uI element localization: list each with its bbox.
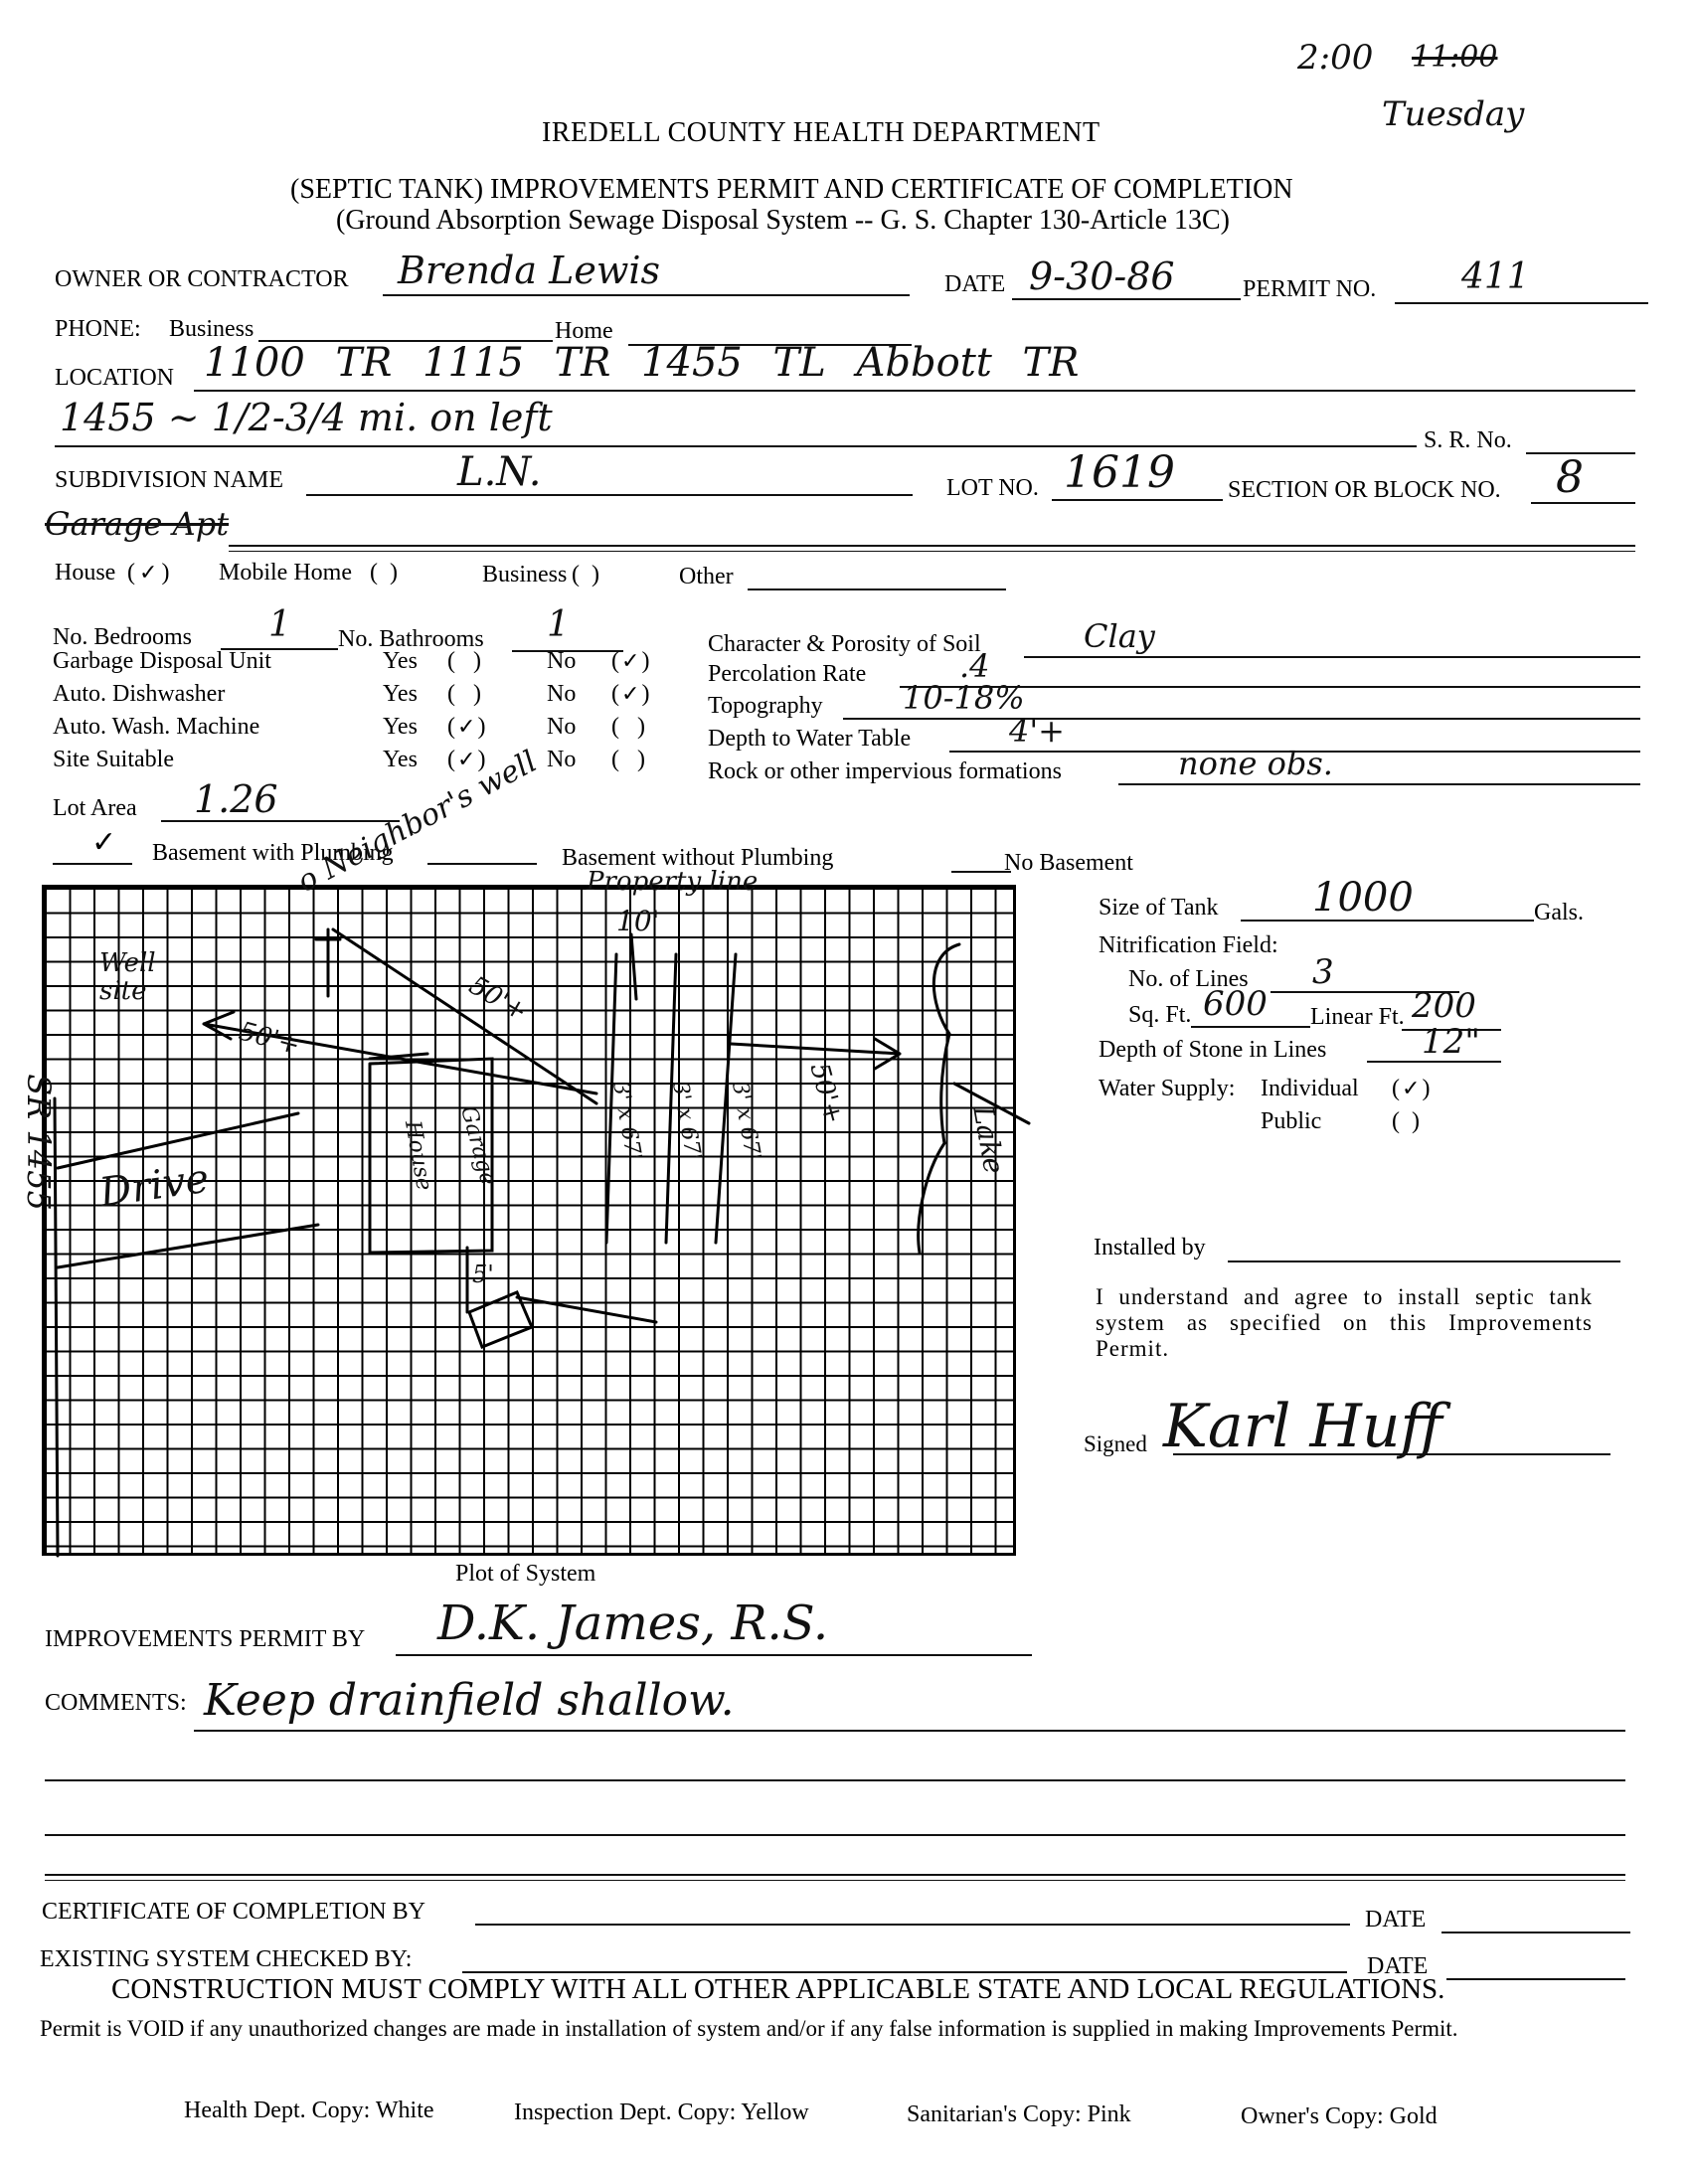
permit-label: PERMIT NO. [1243,276,1376,303]
plot-dist-10: 10' [616,905,659,937]
feature-no-label: No [547,681,576,708]
void-statement: Permit is VOID if any unauthorized chang… [40,2016,1531,2041]
permit-by-label: IMPROVEMENTS PERMIT BY [45,1626,365,1653]
feature-label: Auto. Dishwasher [53,681,225,708]
feature-yes-checkbox[interactable]: (✓) [447,714,485,741]
lot-area-field[interactable]: 1.26 [194,777,278,821]
linear-ft-field[interactable]: 200 [1412,986,1476,1026]
stone-depth-label: Depth of Stone in Lines [1099,1037,1326,1064]
feature-yes-checkbox[interactable]: ( ) [447,648,481,675]
installed-by-label: Installed by [1094,1235,1206,1261]
basement-with-check[interactable]: ✓ [91,825,116,860]
plot-property-line: Property line [587,867,758,897]
plot-well-site: Well site [99,949,179,1005]
copy-health-dept: Health Dept. Copy: White [184,2098,434,2124]
lot-field[interactable]: 1619 [1064,447,1175,498]
date-label: DATE [944,271,1005,298]
plot-grid [42,885,1016,1556]
form-subtitle: (Ground Absorption Sewage Disposal Syste… [336,205,1230,237]
owner-field[interactable]: Brenda Lewis [398,249,660,292]
appointment-time-struck: 11:00 [1412,40,1497,75]
soil-label: Topography [708,693,823,720]
date-field[interactable]: 9-30-86 [1029,254,1175,298]
water-supply-label: Water Supply: [1099,1076,1235,1102]
sqft-field[interactable]: 600 [1203,984,1268,1024]
comments-label: COMMENTS: [45,1690,187,1717]
appointment-day: Tuesday [1382,94,1524,134]
installer-agreement: I understand and agree to install septic… [1096,1284,1593,1362]
phone-business-label: Business [169,316,254,343]
house-label: House [55,560,115,587]
location-field-line1[interactable]: 1100 TR 1115 TR 1455 TL Abbott TR [204,340,1079,386]
soil-value[interactable]: 10-18% [903,679,1025,717]
mobile-home-checkbox[interactable]: ( ) [370,560,398,587]
certificate-date-label: DATE [1365,1907,1426,1933]
no-basement-label: No Basement [1004,850,1133,877]
soil-value[interactable]: 4'+ [1009,712,1065,750]
feature-no-checkbox[interactable]: ( ) [611,747,645,773]
house-checkbox[interactable]: (✓) [127,560,169,587]
permit-by-field[interactable]: D.K. James, R.S. [437,1596,828,1651]
feature-yes-label: Yes [383,714,418,741]
lot-label: LOT NO. [946,475,1039,502]
subdivision-label: SUBDIVISION NAME [55,467,283,494]
bedrooms-label: No. Bedrooms [53,624,192,651]
copy-inspection-dept: Inspection Dept. Copy: Yellow [514,2100,809,2126]
owner-label: OWNER OR CONTRACTOR [55,266,349,293]
section-label: SECTION OR BLOCK NO. [1228,477,1501,504]
agency-name: IREDELL COUNTY HEALTH DEPARTMENT [542,117,1101,149]
feature-label: Garbage Disposal Unit [53,648,271,675]
comments-field[interactable]: Keep drainfield shallow. [204,1675,735,1726]
feature-no-checkbox[interactable]: (✓) [611,648,649,675]
sr-no-label: S. R. No. [1424,427,1512,454]
business-label: Business [482,562,567,588]
certificate-label: CERTIFICATE OF COMPLETION BY [42,1899,425,1926]
feature-label: Auto. Wash. Machine [53,714,259,741]
structure-note: Garage Apt [45,505,229,543]
soil-value[interactable]: none obs. [1178,745,1333,782]
water-individual-label: Individual [1261,1076,1359,1102]
water-public-label: Public [1261,1108,1321,1135]
location-field-line2[interactable]: 1455 ~ 1/2-3/4 mi. on left [60,396,553,439]
lines-field[interactable]: 3 [1312,952,1334,992]
soil-label: Rock or other impervious formations [708,758,1062,785]
bathrooms-field[interactable]: 1 [547,604,570,645]
feature-label: Site Suitable [53,747,174,773]
subdivision-field[interactable]: L.N. [457,449,541,495]
soil-label: Percolation Rate [708,661,866,688]
feature-yes-checkbox[interactable]: ( ) [447,681,481,708]
plot-tank-distance: 5' [472,1260,494,1288]
soil-label: Depth to Water Table [708,726,911,753]
copy-sanitarian: Sanitarian's Copy: Pink [907,2101,1131,2128]
plot-caption: Plot of System [455,1561,595,1588]
form-title: (SEPTIC TANK) IMPROVEMENTS PERMIT AND CE… [290,174,1293,206]
feature-no-checkbox[interactable]: ( ) [611,714,645,741]
business-checkbox[interactable]: ( ) [572,562,599,588]
soil-value[interactable]: Clay [1084,617,1155,655]
feature-no-checkbox[interactable]: (✓) [611,681,649,708]
tank-size-unit: Gals. [1534,900,1584,926]
feature-yes-label: Yes [383,648,418,675]
soil-label: Character & Porosity of Soil [708,631,981,658]
existing-label: EXISTING SYSTEM CHECKED BY: [40,1946,412,1973]
permit-field[interactable]: 411 [1461,256,1530,297]
plot-road-label: SR 1455 [20,1074,58,1211]
feature-yes-label: Yes [383,747,418,773]
tank-size-field[interactable]: 1000 [1312,875,1414,921]
installer-signature[interactable]: Karl Huff [1163,1392,1442,1461]
tank-size-label: Size of Tank [1099,895,1219,922]
feature-no-label: No [547,747,576,773]
bedrooms-field[interactable]: 1 [268,604,291,645]
linear-ft-label: Linear Ft. [1310,1004,1405,1031]
feature-yes-label: Yes [383,681,418,708]
sqft-label: Sq. Ft. [1128,1002,1191,1029]
water-public-checkbox[interactable]: ( ) [1392,1108,1420,1135]
phone-label: PHONE: [55,316,141,343]
other-label: Other [679,564,734,590]
mobile-home-label: Mobile Home [219,560,352,587]
stone-depth-field[interactable]: 12" [1422,1022,1480,1062]
nitrification-label: Nitrification Field: [1099,932,1278,959]
signed-label: Signed [1084,1431,1147,1457]
water-individual-checkbox[interactable]: (✓) [1392,1076,1430,1102]
feature-no-label: No [547,648,576,675]
location-label: LOCATION [55,365,174,392]
section-field[interactable]: 8 [1556,452,1584,503]
lot-area-label: Lot Area [53,795,137,822]
construction-notice: CONSTRUCTION MUST COMPLY WITH ALL OTHER … [111,1973,1444,2006]
feature-no-label: No [547,714,576,741]
appointment-time: 2:00 [1297,38,1373,78]
copy-owner: Owner's Copy: Gold [1241,2103,1438,2130]
